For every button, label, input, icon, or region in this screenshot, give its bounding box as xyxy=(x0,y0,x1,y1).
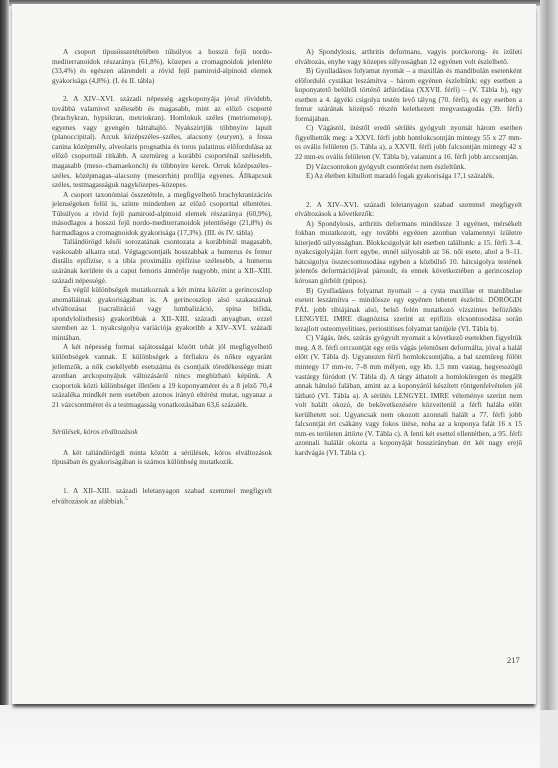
document-page: A csoport típusösszetételében túlsúlyos … xyxy=(12,4,536,704)
right-column: A) Spondylosis, arthritis deformans, vag… xyxy=(295,47,522,457)
paragraph: A) Spondylosis, arthritis deformans, vag… xyxy=(295,47,522,66)
paragraph: 1. A XII–XIII. századi leletanyagon szab… xyxy=(52,486,272,507)
paragraph: A csoport típusösszetételében túlsúlyos … xyxy=(52,47,272,85)
page-number: 217 xyxy=(507,655,520,665)
scan-right-edge xyxy=(540,0,558,710)
paragraph: A csoport taxonómiai összetétele, a megf… xyxy=(52,190,272,238)
paragraph: C) Vágástól, ütéstől eredő sérülés gyógy… xyxy=(295,123,522,161)
left-column: A csoport típusösszetételében túlsúlyos … xyxy=(52,47,272,506)
paragraph: E) Az életben kihullott maradó fogak gya… xyxy=(295,171,522,181)
paragraph: A két taliándörögdi minta között a sérül… xyxy=(52,448,272,467)
paragraph: 2. A XIV–XVI. századi népesség agykopony… xyxy=(52,94,272,189)
footnote-marker: 5 xyxy=(125,497,128,502)
paragraph: A) Spondylosis, arthritis deformans mind… xyxy=(295,219,522,286)
paragraph: Taliándörögd késői sorozatának csontozat… xyxy=(52,237,272,285)
paragraph: B) Gyulladásos folyamat nyomát – a maxil… xyxy=(295,66,522,123)
paragraph: B) Gyulladásos folyamat nyomait – a cyst… xyxy=(295,286,522,334)
paragraph: 2. A XIV–XVI. századi leletanyagon szaba… xyxy=(295,200,522,219)
paragraph-text: 1. A XII–XIII. századi leletanyagon szab… xyxy=(52,486,272,506)
section-heading: Sérülések, kóros elváltozások xyxy=(52,427,272,437)
scan-left-edge xyxy=(0,0,9,768)
paragraph: C) Vágás, ütés, szúrás gyógyult nyomait … xyxy=(295,333,522,457)
scan-background-bottom xyxy=(0,705,540,768)
paragraph: D) Vázcsontokon gyógyult csonttörést nem… xyxy=(295,162,522,172)
paragraph: A két népesség formai sajátosságai közöt… xyxy=(52,342,272,409)
paragraph: És végül különbségek mutatkoznak a két m… xyxy=(52,285,272,342)
